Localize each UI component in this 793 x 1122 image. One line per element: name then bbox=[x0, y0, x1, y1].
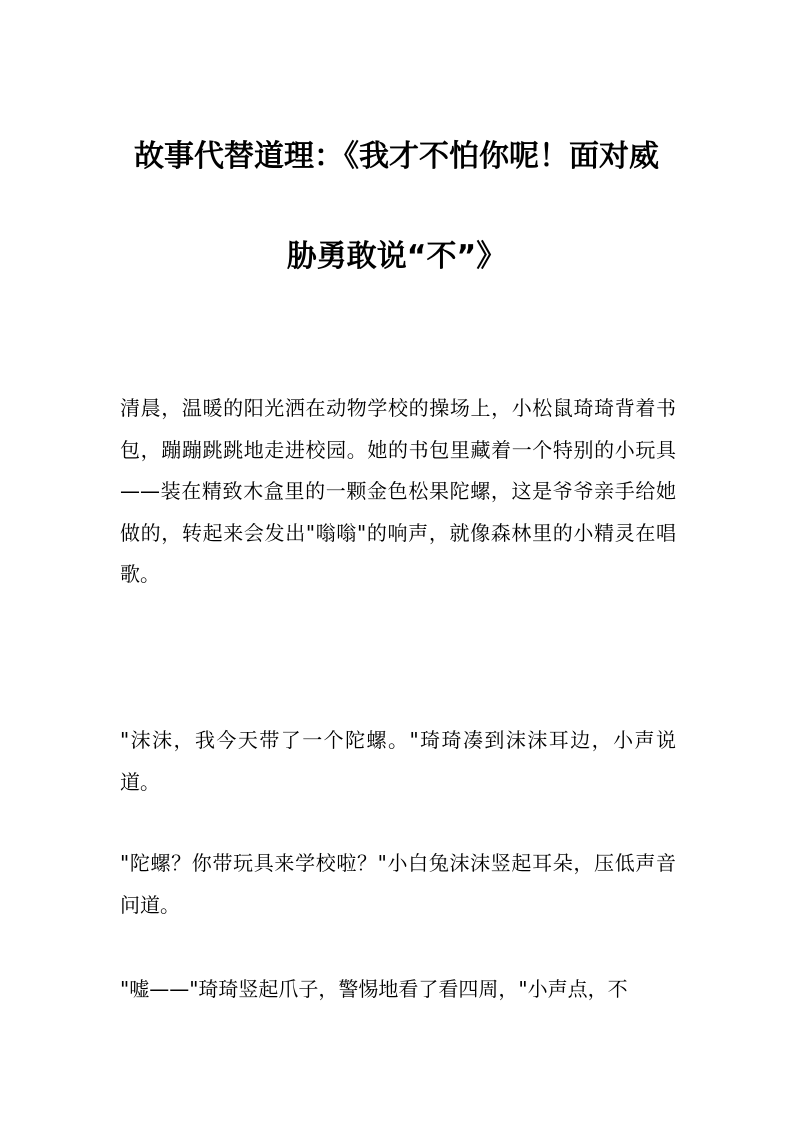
paragraph-1: 清晨，温暖的阳光洒在动物学校的操场上，小松鼠琦琦背着书包，蹦蹦跳跳地走进校园。她… bbox=[120, 388, 676, 596]
document-title-line-1: 故事代替道理：《我才不怕你呢！面对威 bbox=[0, 131, 793, 175]
paragraph-2: "沫沫，我今天带了一个陀螺。"琦琦凑到沫沫耳边，小声说道。 bbox=[120, 720, 676, 803]
paragraph-4: "嘘——"琦琦竖起爪子，警惕地看了看四周，"小声点，不 bbox=[120, 969, 676, 1011]
document-title-line-2: 胁勇敢说“不”》 bbox=[0, 231, 793, 275]
paragraph-3: "陀螺？你带玩具来学校啦？"小白兔沫沫竖起耳朵，压低声音问道。 bbox=[120, 843, 676, 926]
